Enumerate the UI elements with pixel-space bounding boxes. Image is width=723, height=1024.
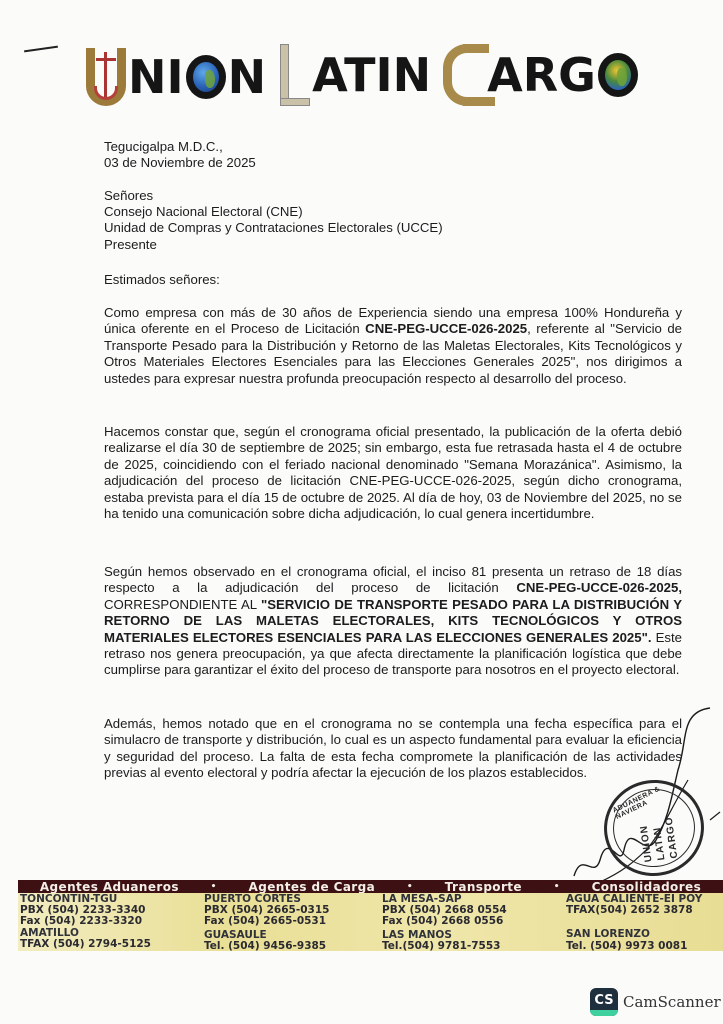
separator-dot: •	[554, 882, 560, 892]
tender-code: CNE-PEG-UCCE-026-2025,	[516, 580, 682, 595]
text: CORRESPONDIENTE AL	[104, 597, 261, 612]
office-phone: Fax (504) 2665-0531	[204, 916, 329, 927]
camscanner-logo-icon: CS	[590, 988, 618, 1016]
service-label: Consolidadores	[592, 880, 702, 894]
date: 03 de Noviembre de 2025	[104, 155, 684, 171]
office-name: SAN LORENZO	[566, 929, 702, 940]
anchor-u-icon	[86, 48, 126, 106]
crane-c-icon	[443, 44, 485, 106]
office-phone: TFAX (504) 2794-5125	[20, 939, 151, 950]
office-phone: Tel. (504) 9456-9385	[204, 941, 329, 952]
globe-americas-icon	[186, 55, 226, 99]
logo-text: ARG	[487, 49, 596, 101]
office-phone: TFAX(504) 2652 3878	[566, 905, 702, 916]
logo-word-latin: ATIN	[278, 44, 431, 106]
separator-dot: •	[407, 882, 413, 892]
place-date: Tegucigalpa M.D.C., 03 de Noviembre de 2…	[104, 139, 684, 171]
seal-center: UNION LATIN CARGO	[630, 801, 685, 863]
globe-africa-icon	[598, 53, 638, 97]
scanned-letter-page: N I N ATIN ARG Tegucigalpa M.D.C., 03 de…	[0, 0, 723, 1024]
logo-text: I	[167, 51, 184, 103]
recipient-line: Presente	[104, 237, 684, 253]
camscanner-watermark: CS CamScanner	[590, 988, 721, 1016]
ruler-l-icon	[278, 44, 310, 106]
service-label: Agentes Aduaneros	[40, 880, 179, 894]
office-column: PUERTO CORTES PBX (504) 2665-0315 Fax (5…	[204, 894, 329, 952]
company-logo: N I N ATIN ARG	[86, 42, 652, 106]
logo-text: N	[228, 51, 267, 103]
tender-code: CNE-PEG-UCCE-026-2025	[365, 321, 527, 336]
office-phone: Tel. (504) 9973 0081	[566, 941, 702, 952]
office-phone: Fax (504) 2668 0556	[382, 916, 507, 927]
paragraph-3: Según hemos observado en el cronograma o…	[104, 564, 682, 679]
salutation: Estimados señores:	[104, 272, 684, 288]
place: Tegucigalpa M.D.C.,	[104, 139, 684, 155]
service-label: Transporte	[445, 880, 522, 894]
office-phone: Tel.(504) 9781-7553	[382, 941, 507, 952]
separator-dot: •	[211, 882, 217, 892]
office-column: TONCONTIN-TGU PBX (504) 2233-3340 Fax (5…	[20, 894, 151, 950]
service-label: Agentes de Carga	[249, 880, 376, 894]
badge-text: CS	[594, 993, 613, 1008]
office-column: AGUA CALIENTE-EI POY TFAX(504) 2652 3878…	[566, 894, 702, 952]
recipient-block: Señores Consejo Nacional Electoral (CNE)…	[104, 188, 684, 253]
services-band: Agentes Aduaneros • Agentes de Carga • T…	[18, 880, 723, 893]
logo-text: N	[128, 51, 167, 103]
office-contacts: TONCONTIN-TGU PBX (504) 2233-3340 Fax (5…	[18, 893, 723, 951]
recipient-line: Señores	[104, 188, 684, 204]
logo-word-cargo: ARG	[443, 44, 640, 106]
office-phone: Fax (504) 2233-3320	[20, 916, 151, 927]
office-column: LA MESA-SAP PBX (504) 2668 0554 Fax (504…	[382, 894, 507, 952]
recipient-line: Consejo Nacional Electoral (CNE)	[104, 204, 684, 220]
logo-text: ATIN	[312, 49, 431, 101]
logo-word-union: N I N	[86, 48, 266, 106]
camscanner-label: CamScanner	[623, 993, 721, 1011]
recipient-line: Unidad de Compras y Contrataciones Elect…	[104, 220, 684, 236]
paragraph-2: Hacemos constar que, según el cronograma…	[104, 424, 682, 522]
pen-mark	[24, 46, 58, 53]
paragraph-1: Como empresa con más de 30 años de Exper…	[104, 305, 682, 387]
